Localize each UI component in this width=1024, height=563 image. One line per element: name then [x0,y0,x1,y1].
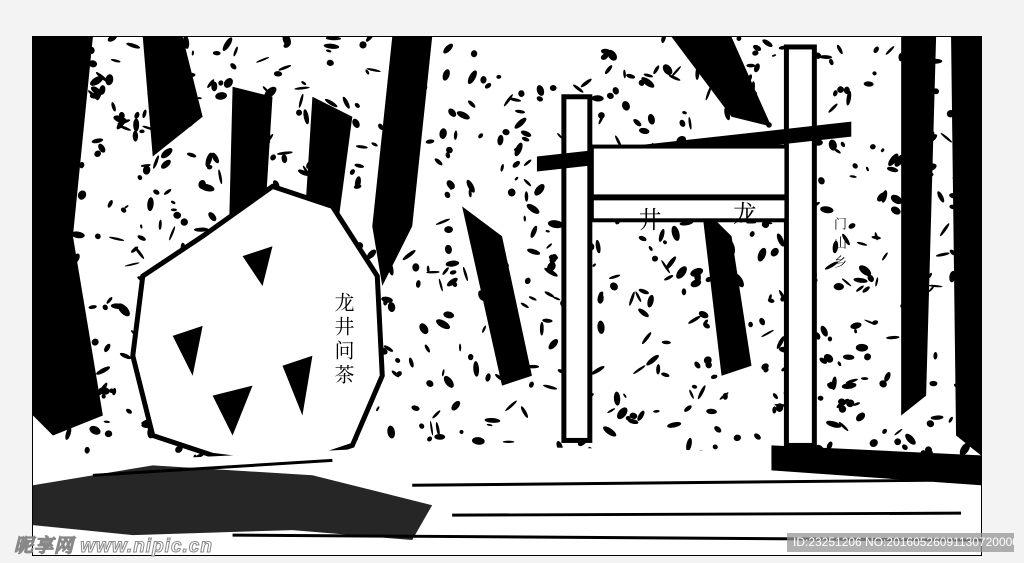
gate-beam-char-left: 井 [638,200,662,235]
illustration-frame: 龙井问茶 井 龙 门山乡 [32,36,982,556]
stone-inscription: 龙井问茶 [329,292,358,388]
gate-pillar-inscription: 门山乡 [829,217,848,274]
id-watermark: ID:23251206 NO:20160526091130720000 [787,533,1014,552]
site-watermark: 昵享网 www.nipic.cn [14,531,213,558]
gateway-illustration [33,37,981,555]
gate-beam-char-right: 龙 [733,194,757,229]
